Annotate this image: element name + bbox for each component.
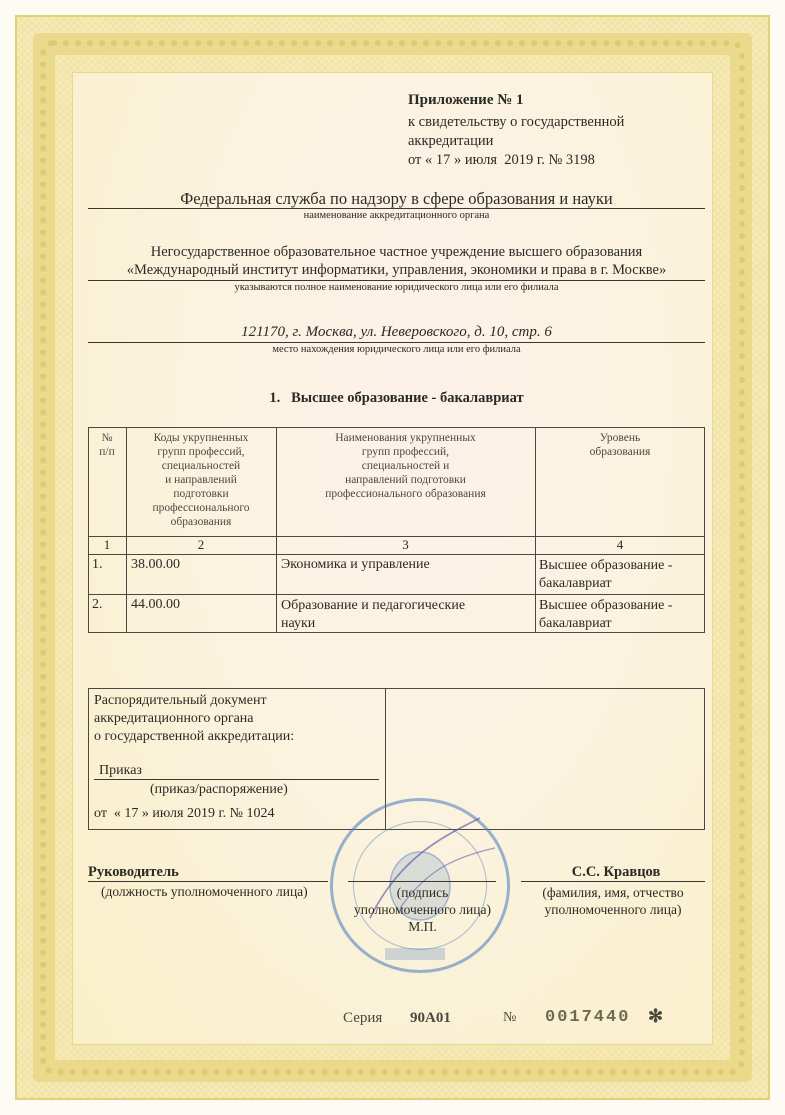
row-name: Образование и педагогические науки — [281, 597, 465, 633]
decree-date-number: от « 17 » июля 2019 г. № 1024 — [94, 806, 274, 822]
annex-line-1: к свидетельству о государственной — [408, 114, 624, 131]
column-number: 3 — [276, 537, 535, 553]
series-value: 90А01 — [410, 1010, 451, 1027]
address-caption: место нахождения юридического лица или е… — [88, 344, 705, 355]
table-header-level: Уровень образования — [535, 431, 705, 459]
row-name: Экономика и управление — [281, 557, 430, 573]
table-header-code: Коды укрупненных групп профессий, специа… — [126, 431, 276, 529]
header-line: образования — [126, 515, 276, 529]
signature-caption: (подпись уполномоченного лица) М.П. — [340, 884, 505, 935]
serial-number: 0017440 — [545, 1008, 630, 1027]
level-line: Высшее образование - — [539, 597, 672, 615]
organization-underline — [88, 280, 705, 281]
row-num: 1. — [92, 557, 103, 573]
table-row-divider — [88, 594, 705, 595]
header-line: групп профессий, — [126, 445, 276, 459]
column-number: 1 — [88, 537, 126, 553]
position-caption: (должность уполномоченного лица) — [101, 884, 308, 900]
decree-line: аккредитационного органа — [94, 710, 294, 728]
header-line: групп профессий, — [276, 445, 535, 459]
organization-caption: указываются полное наименование юридичес… — [88, 282, 705, 293]
organization-line-1: Негосударственное образовательное частно… — [88, 244, 705, 261]
decree-line: Распорядительный документ — [94, 692, 294, 710]
annex-line-2: аккредитации — [408, 133, 493, 150]
authority-caption: наименование аккредитационного органа — [88, 210, 705, 221]
signature-caption-line: уполномоченного лица) — [340, 901, 505, 918]
address-value: 121170, г. Москва, ул. Неверовского, д. … — [88, 324, 705, 341]
authority-underline — [88, 208, 705, 209]
section-title: 1. Высшее образование - бакалавриат — [88, 390, 705, 407]
decree-type-underline — [94, 779, 379, 780]
signature-underline — [348, 881, 496, 882]
row-code: 38.00.00 — [131, 557, 180, 573]
decree-type: Приказ — [99, 763, 142, 779]
header-line: профессионального образования — [276, 487, 535, 501]
table-header-num: № п/п — [88, 431, 126, 459]
column-number: 4 — [535, 537, 705, 553]
asterisk-mark-icon: ✻ — [648, 1006, 663, 1027]
level-line: бакалавриат — [539, 575, 672, 593]
header-line: Наименования укрупненных — [276, 431, 535, 445]
decree-type-caption: (приказ/распоряжение) — [150, 782, 288, 798]
series-label: Серия — [343, 1010, 382, 1027]
header-line: Коды укрупненных — [126, 431, 276, 445]
organization-line-2: «Международный институт информатики, упр… — [88, 262, 705, 279]
name-caption-line: уполномоченного лица) — [521, 901, 705, 918]
decree-line: о государственной аккредитации: — [94, 728, 294, 746]
authority-name: Федеральная служба по надзору в сфере об… — [88, 189, 705, 209]
name-line: Образование и педагогические — [281, 597, 465, 615]
position-underline — [88, 881, 328, 882]
decree-description: Распорядительный документ аккредитационн… — [94, 692, 294, 746]
row-code: 44.00.00 — [131, 597, 180, 613]
number-label: № — [503, 1010, 516, 1026]
column-number: 2 — [126, 537, 276, 553]
row-num: 2. — [92, 597, 103, 613]
name-caption-line: (фамилия, имя, отчество — [521, 884, 705, 901]
header-line: направлений подготовки — [276, 473, 535, 487]
table-header-name: Наименования укрупненных групп профессий… — [276, 431, 535, 501]
header-line: подготовки — [126, 487, 276, 501]
header-line: п/п — [88, 445, 126, 459]
annex-title: Приложение № 1 — [408, 92, 524, 109]
header-line: Уровень — [535, 431, 705, 445]
header-line: специальностей — [126, 459, 276, 473]
level-line: Высшее образование - — [539, 557, 672, 575]
name-line: науки — [281, 615, 465, 633]
header-line: специальностей и — [276, 459, 535, 473]
name-underline — [521, 881, 705, 882]
address-underline — [88, 342, 705, 343]
certificate-page: Приложение № 1 к свидетельству о государ… — [0, 0, 785, 1115]
row-level: Высшее образование - бакалавриат — [539, 557, 672, 593]
signatory-position: Руководитель — [88, 864, 179, 881]
header-line: образования — [535, 445, 705, 459]
name-caption: (фамилия, имя, отчество уполномоченного … — [521, 884, 705, 918]
header-line: профессионального — [126, 501, 276, 515]
header-line: и направлений — [126, 473, 276, 487]
signature-caption-line: (подпись — [340, 884, 505, 901]
seal-label: М.П. — [340, 918, 505, 935]
table-row-divider — [88, 554, 705, 555]
row-level: Высшее образование - бакалавриат — [539, 597, 672, 633]
level-line: бакалавриат — [539, 615, 672, 633]
header-line: № — [88, 431, 126, 445]
signatory-name: С.С. Кравцов — [527, 864, 705, 881]
annex-line-3: от « 17 » июля 2019 г. № 3198 — [408, 152, 595, 169]
